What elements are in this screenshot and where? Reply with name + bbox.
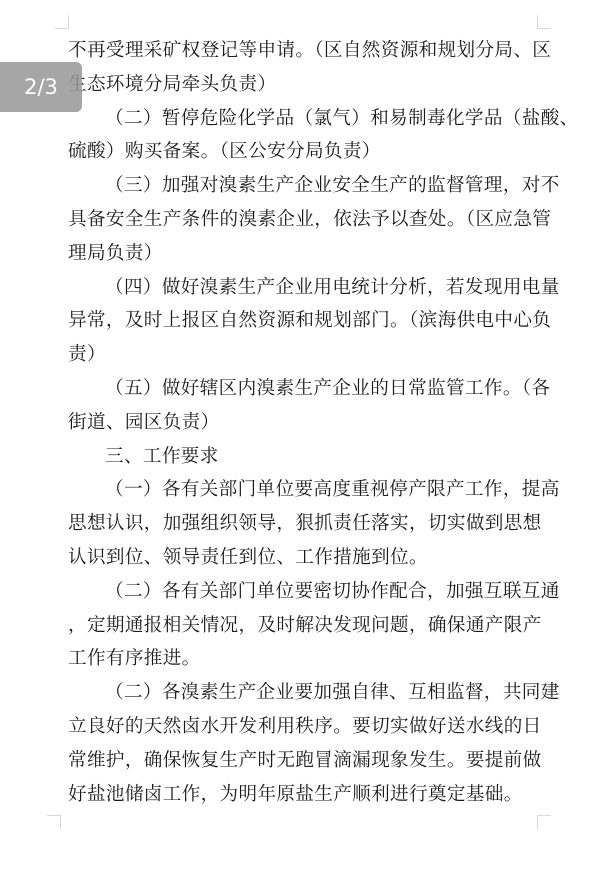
text-line: （四）做好溴素生产企业用电统计分析，若发现用电量 (68, 271, 538, 305)
text-line: （二）各溴素生产企业要加强自律、互相监督，共同建 (68, 676, 538, 710)
text-line: （三）加强对溴素生产企业安全生产的监督管理，对不 (68, 169, 538, 203)
text-line: 异常，及时上报区自然资源和规划部门。（滨海供电中心负 (68, 304, 538, 338)
text-line: 责） (68, 338, 538, 372)
page-indicator-badge: 2/3 (0, 62, 82, 112)
text-line: （五）做好辖区内溴素生产企业的日常监管工作。（各 (68, 372, 538, 406)
text-line: 好盐池储卤工作，为明年原盐生产顺利进行奠定基础。 (68, 778, 538, 812)
text-line: 认识到位、领导责任到位、工作措施到位。 (68, 541, 538, 575)
text-line: （二）暂停危险化学品（氯气）和易制毒化学品（盐酸、 (68, 102, 538, 136)
text-line: 工作有序推进。 (68, 642, 538, 676)
text-line: 不再受理采矿权登记等申请。（区自然资源和规划分局、区 (68, 34, 538, 68)
text-line: 街道、园区负责） (68, 406, 538, 440)
page-corner-mark-bottom-left (47, 815, 61, 829)
text-line: 常维护，确保恢复生产时无跑冒滴漏现象发生。要提前做 (68, 744, 538, 778)
text-line: 硫酸）购买备案。（区公安分局负责） (68, 135, 538, 169)
text-line: 立良好的天然卤水开发利用秩序。要切实做好送水线的日 (68, 710, 538, 744)
section-heading: 三、工作要求 (68, 440, 538, 474)
page-corner-mark-top-right (537, 15, 551, 29)
text-line: （一）各有关部门单位要高度重视停产限产工作，提高 (68, 473, 538, 507)
text-line: 思想认识，加强组织领导，狠抓责任落实，切实做到思想 (68, 507, 538, 541)
document-body: 不再受理采矿权登记等申请。（区自然资源和规划分局、区 生态环境分局牵头负责） （… (68, 34, 538, 811)
document-page: 不再受理采矿权登记等申请。（区自然资源和规划分局、区 生态环境分局牵头负责） （… (0, 0, 598, 875)
page-corner-mark-bottom-right (537, 815, 551, 829)
text-line: ，定期通报相关情况，及时解决发现问题，确保通产限产 (68, 609, 538, 643)
text-line: 具备安全生产条件的溴素企业，依法予以查处。（区应急管 (68, 203, 538, 237)
page-corner-mark-top-left (55, 15, 69, 29)
text-line: 理局负责） (68, 237, 538, 271)
text-line: （二）各有关部门单位要密切协作配合，加强互联互通 (68, 575, 538, 609)
text-line: 生态环境分局牵头负责） (68, 68, 538, 102)
